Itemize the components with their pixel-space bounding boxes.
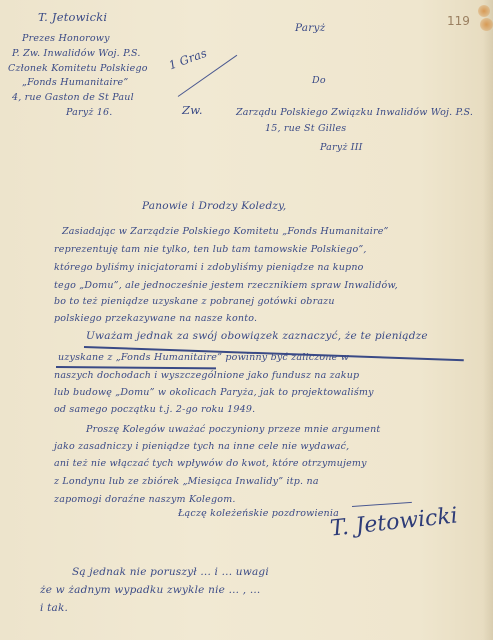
body-line: bo to też pieniądze uzyskane z pobranej …: [54, 296, 335, 307]
recipient-line: Zarządu Polskiego Związku Inwalidów Woj.…: [236, 107, 473, 118]
signature-stroke: [352, 502, 412, 507]
body-line: ani też nie włączać tych wpływów do kwot…: [54, 458, 367, 469]
body-line: Uważam jednak za swój obowiązek zaznaczy…: [86, 330, 428, 342]
folio-number: 119: [447, 14, 470, 28]
recipient-line: 15, rue St Gilles: [265, 123, 346, 134]
body-line: Proszę Kolegów uważać poczyniony przeze …: [86, 424, 380, 435]
salutation: Panowie i Drodzy Koledzy,: [142, 200, 286, 212]
place-line: Paryż: [295, 22, 325, 34]
margin-note: 1 Gras: [167, 46, 209, 73]
body-line: polskiego przekazywane na nasze konto.: [54, 313, 257, 324]
sender-line: „Fonds Humanitaire”: [22, 77, 128, 88]
sender-line: P. Zw. Inwalidów Woj. P.S.: [12, 48, 141, 59]
body-line: lub budowę „Domu” w okolicach Paryża, ja…: [54, 387, 374, 398]
closing-line: Łączę koleżeńskie pozdrowienia: [178, 508, 339, 519]
body-line: od samego początku t.j. 2-go roku 1949.: [54, 404, 255, 415]
letter-page: 119 T. Jetowicki Prezes Honorowy P. Zw. …: [0, 0, 493, 640]
body-line: którego byliśmy inicjatorami i zdobyliśm…: [54, 262, 364, 273]
sender-line: Paryż 16.: [66, 107, 112, 118]
body-line: jako zasadniczy i pieniądze tych na inne…: [54, 441, 349, 452]
body-line: tego „Domu”, ale jednocześnie jestem rze…: [54, 280, 398, 291]
recipient-line: Paryż III: [320, 142, 363, 153]
margin-note-2: Zw.: [182, 103, 203, 117]
body-line: uzyskane z „Fonds Humanitaire” powinny b…: [58, 352, 349, 363]
stain-spot: [478, 5, 490, 17]
signature: T. Jetowicki: [329, 503, 459, 541]
body-line: naszych dochodach i wyszczególnione jako…: [54, 370, 359, 381]
postscript-line: i tak.: [40, 602, 68, 614]
emphasis-underline: [56, 366, 216, 369]
postscript-line: Są jednak nie poruszył ... i ... uwagi: [72, 566, 269, 578]
sender-line: 4, rue Gaston de St Paul: [12, 92, 134, 103]
body-line: z Londynu lub ze zbiórek „Miesiąca Inwal…: [54, 476, 319, 487]
sender-line: Członek Komitetu Polskiego: [8, 63, 148, 74]
body-line: reprezentuję tam nie tylko, ten lub tam …: [54, 244, 367, 255]
body-line: zapomogi doraźne naszym Kolegom.: [54, 494, 236, 505]
page-edge-shadow: [483, 0, 493, 640]
sender-name: T. Jetowicki: [38, 10, 107, 24]
body-line: Zasiadając w Zarządzie Polskiego Komitet…: [62, 226, 389, 237]
recipient-prefix: Do: [312, 75, 326, 86]
sender-line: Prezes Honorowy: [22, 33, 110, 44]
stain-spot: [480, 18, 493, 31]
postscript-line: że w żadnym wypadku zwykle nie ... , ...: [40, 584, 260, 596]
